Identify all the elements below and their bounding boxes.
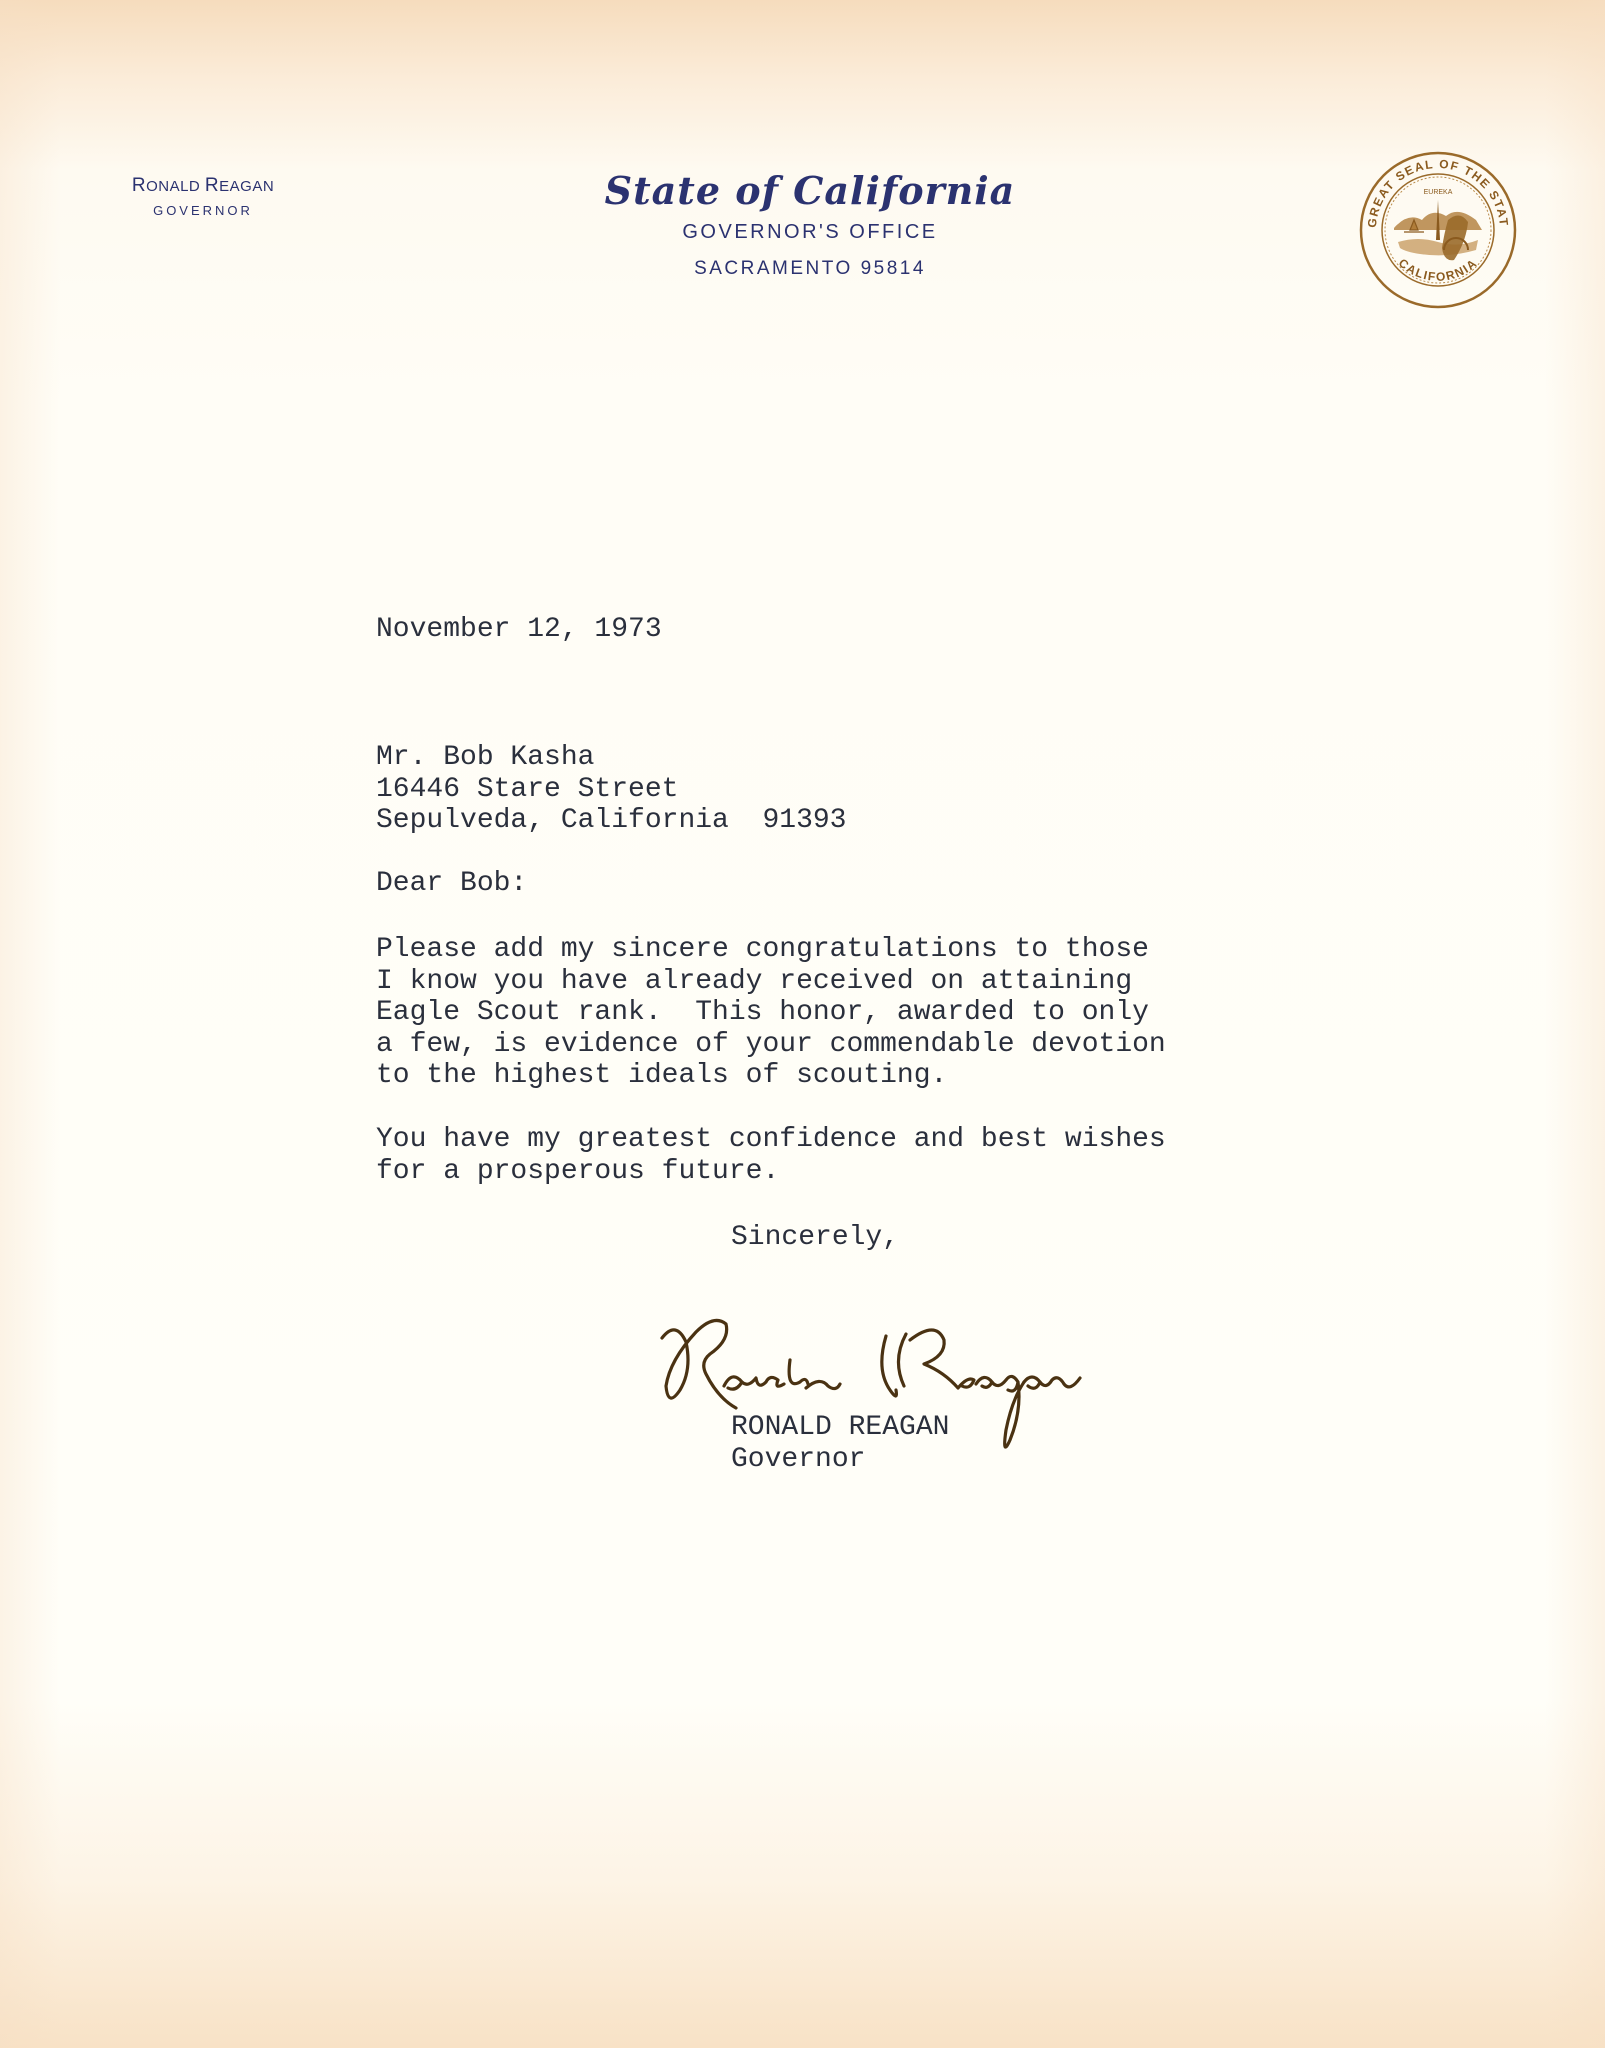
letterhead-center: State of California GOVERNOR'S OFFICE SA… bbox=[600, 168, 1020, 280]
signature-block: RONALD REAGANGovernor bbox=[731, 1412, 949, 1475]
signer-title: Governor bbox=[731, 1444, 949, 1476]
name-initial: R bbox=[205, 175, 219, 196]
name-initial: R bbox=[132, 175, 146, 196]
paragraph-line: to the highest ideals of scouting. bbox=[376, 1060, 1166, 1092]
great-seal-of-california-icon: THE GREAT SEAL OF THE STATE OF CALIFORNI… bbox=[1358, 150, 1518, 310]
office-city: SACRAMENTO 95814 bbox=[600, 258, 1020, 280]
recipient-name: Mr. Bob Kasha bbox=[376, 742, 846, 774]
name-rest: EAGAN bbox=[219, 178, 274, 195]
salutation: Dear Bob: bbox=[376, 868, 527, 900]
signer-name: RONALD REAGAN bbox=[731, 1412, 949, 1444]
body-paragraph-1: Please add my sincere congratulations to… bbox=[376, 934, 1166, 1092]
paragraph-line: You have my greatest confidence and best… bbox=[376, 1124, 1166, 1156]
svg-text:CALIFORNIA: CALIFORNIA bbox=[1396, 256, 1480, 284]
letterhead-governor-name: RONALD REAGAN GOVERNOR bbox=[108, 175, 298, 218]
recipient-street: 16446 Stare Street bbox=[376, 774, 846, 806]
name-rest: ONALD bbox=[146, 178, 205, 195]
paragraph-line: a few, is evidence of your commendable d… bbox=[376, 1029, 1166, 1061]
paragraph-line: for a prosperous future. bbox=[376, 1156, 1166, 1188]
governor-title: GOVERNOR bbox=[108, 203, 298, 218]
state-title: State of California bbox=[600, 168, 1020, 213]
paragraph-line: Please add my sincere congratulations to… bbox=[376, 934, 1166, 966]
letter-date: November 12, 1973 bbox=[376, 614, 662, 646]
paragraph-line: Eagle Scout rank. This honor, awarded to… bbox=[376, 997, 1166, 1029]
svg-text:EUREKA: EUREKA bbox=[1424, 189, 1453, 196]
body-paragraph-2: You have my greatest confidence and best… bbox=[376, 1124, 1166, 1187]
paragraph-line: I know you have already received on atta… bbox=[376, 966, 1166, 998]
office-name: GOVERNOR'S OFFICE bbox=[600, 221, 1020, 244]
closing: Sincerely, bbox=[731, 1222, 899, 1254]
governor-name: RONALD REAGAN bbox=[108, 175, 298, 197]
recipient-address: Mr. Bob Kasha16446 Stare StreetSepulveda… bbox=[376, 742, 846, 837]
recipient-city: Sepulveda, California 91393 bbox=[376, 805, 846, 837]
